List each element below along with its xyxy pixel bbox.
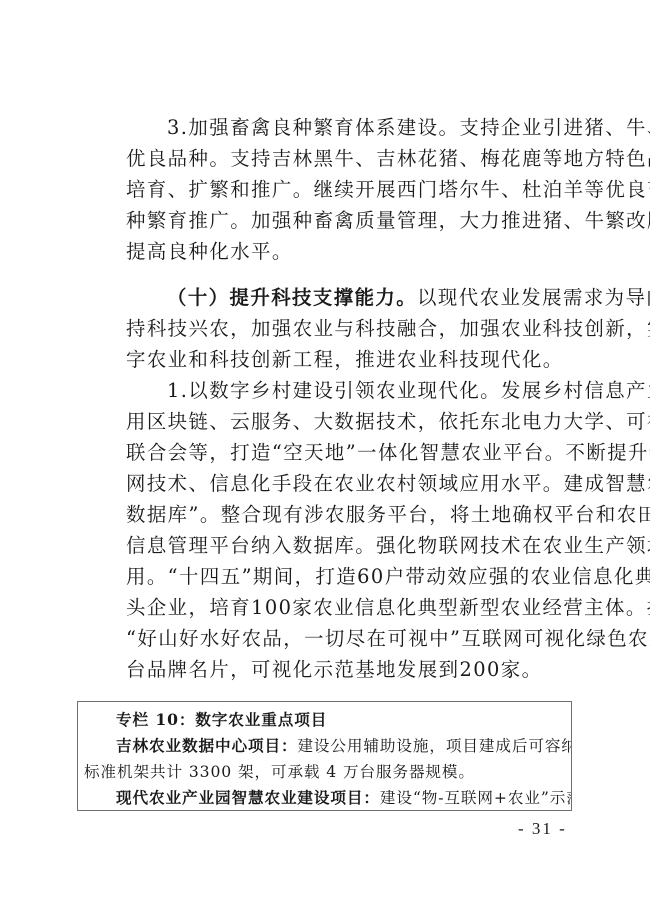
text-line: 网技术、信息化手段在农业农村领域应用水平。建成智慧农业“云 [85, 468, 567, 499]
box-item-text: 建设“物-互联网+农业”示范基 [380, 789, 572, 807]
text-line: 3.加强畜禽良种繁育体系建设。支持企业引进猪、牛、鸡等 [85, 112, 567, 143]
text-line: “好山好水好农品，一切尽在可视中”互联网可视化绿色农业平 [85, 623, 567, 654]
column-box-digital-agriculture-projects: 专栏 10：数字农业重点项目 吉林农业数据中心项目：建设公用辅助设施，项目建成后… [77, 701, 572, 811]
box-item-text-continued: 标准机架共计 3300 架，可承载 4 万台服务器规模。 [84, 760, 565, 786]
box-item-title: 现代农业产业园智慧农业建设项目： [116, 788, 380, 807]
text-line: 联合会等，打造“空天地”一体化智慧农业平台。不断提升物联 [85, 437, 567, 468]
box-item-text: 建设公用辅助设施，项目建成后可容纳 4KW [297, 737, 572, 755]
paragraph-digital-village: 1.以数字乡村建设引领农业现代化。发展乡村信息产业，利 用区块链、云服务、大数据… [85, 375, 567, 685]
text-line: 种繁育推广。加强种畜禽质量管理，大力推进猪、牛繁改服务， [85, 205, 567, 236]
section-heading: （十）提升科技支撑能力。 [167, 286, 417, 309]
text-line: 1.以数字乡村建设引领农业现代化。发展乡村信息产业，利 [85, 375, 567, 406]
box-item-smart-agriculture-park: 现代农业产业园智慧农业建设项目：建设“物-互联网+农业”示范基 [84, 785, 565, 811]
text-line: 字农业和科技创新工程，推进农业科技现代化。 [85, 344, 567, 375]
text-line: 优良品种。支持吉林黑牛、吉林花猪、梅花鹿等地方特色品种的 [85, 143, 567, 174]
text-line: 台品牌名片，可视化示范基地发展到200家。 [85, 654, 567, 685]
text-line: 头企业，培育100家农业信息化典型新型农业经营主体。打造出 [85, 592, 567, 623]
box-item-title: 吉林农业数据中心项目： [116, 736, 297, 755]
text-line: 培育、扩繁和推广。继续开展西门塔尔牛、杜泊羊等优良畜禽品 [85, 174, 567, 205]
box-item-jilin-data-center: 吉林农业数据中心项目：建设公用辅助设施，项目建成后可容纳 4KW [84, 733, 565, 760]
section-text: 以现代农业发展需求为导向，坚 [417, 286, 650, 309]
text-line: （十）提升科技支撑能力。以现代农业发展需求为导向，坚 [85, 282, 567, 313]
paragraph-livestock-breeding: 3.加强畜禽良种繁育体系建设。支持企业引进猪、牛、鸡等 优良品种。支持吉林黑牛、… [85, 112, 567, 267]
text-line: 持科技兴农，加强农业与科技融合，加强农业科技创新，实施数 [85, 313, 567, 344]
text-line: 信息管理平台纳入数据库。强化物联网技术在农业生产领域的应 [85, 530, 567, 561]
box-title: 专栏 10：数字农业重点项目 [84, 707, 565, 733]
text-line: 用区块链、云服务、大数据技术，依托东北电力大学、可视农业 [85, 406, 567, 437]
document-page: 3.加强畜禽良种繁育体系建设。支持企业引进猪、牛、鸡等 优良品种。支持吉林黑牛、… [0, 0, 650, 919]
section-10-tech-support: （十）提升科技支撑能力。以现代农业发展需求为导向，坚 持科技兴农，加强农业与科技… [85, 282, 567, 375]
text-line: 提高良种化水平。 [85, 236, 567, 267]
text-line: 数据库”。整合现有涉农服务平台，将土地确权平台和农田建设 [85, 499, 567, 530]
page-number: - 31 - [518, 819, 567, 839]
text-line: 用。“十四五”期间，打造60户带动效应强的农业信息化典型龙 [85, 561, 567, 592]
